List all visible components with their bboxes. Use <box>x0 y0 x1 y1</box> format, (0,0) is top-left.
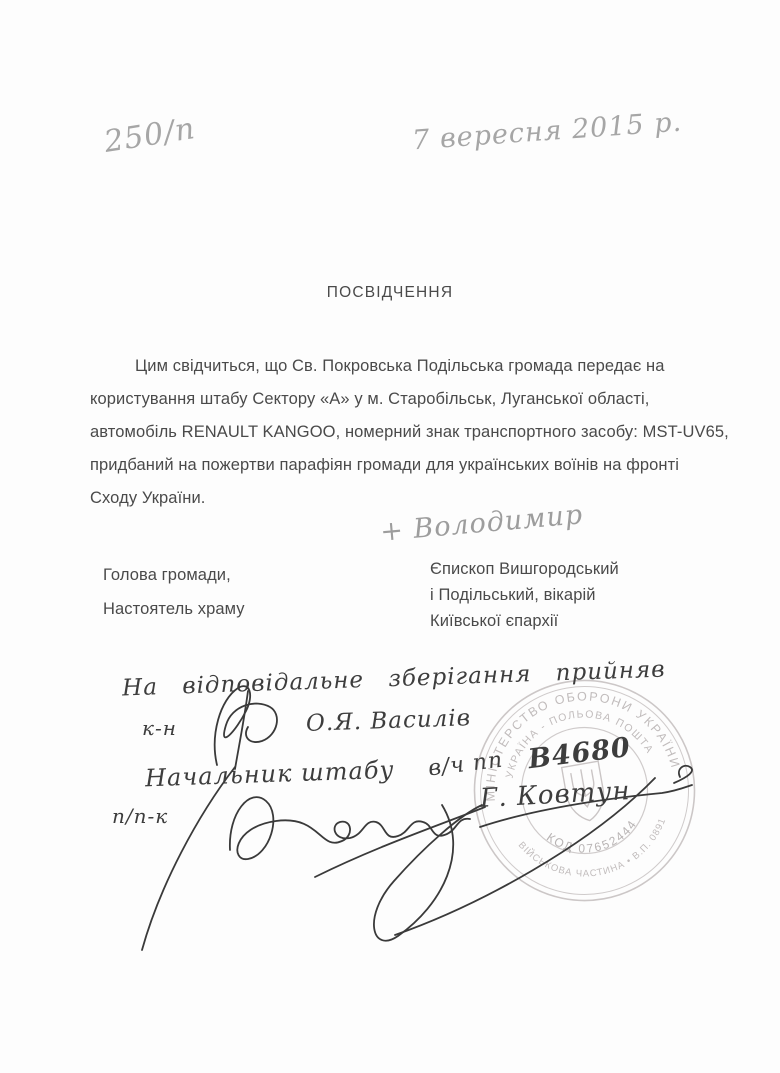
signatory-left-role: Голова громади, <box>103 566 231 585</box>
date-handwritten: 7 вересня 2015 р. <box>411 107 683 157</box>
signatory-right-role: Єпископ Вишгородський <box>430 560 619 579</box>
body-line: Цим свідчиться, що Св. Покровська Поділь… <box>90 357 665 376</box>
body-line: придбаний на пожертви парафіян громади д… <box>90 456 679 475</box>
captain-rank-handwritten: к-н <box>142 716 177 740</box>
body-line: користування штабу Сектору «А» у м. Стар… <box>90 390 649 409</box>
registration-number-handwritten: 250/п <box>102 111 198 160</box>
signatory-right-role: і Подільський, вікарій <box>430 586 596 605</box>
captain-signature-stroke <box>215 686 277 769</box>
scanned-certificate: 250/п 7 вересня 2015 р. ПОСВІДЧЕННЯ Цим … <box>0 0 780 1073</box>
signatory-left-role: Настоятель храму <box>103 600 245 619</box>
main-signature-stroke <box>142 767 485 950</box>
document-title: ПОСВІДЧЕННЯ <box>0 284 780 302</box>
ltcol-rank-handwritten: п/п-к <box>112 804 168 828</box>
bishop-signature-handwritten: + Володимир <box>379 499 584 548</box>
body-line: автомобіль RENAULT KANGOO, номерний знак… <box>90 423 729 442</box>
signatory-right-role: Київської єпархії <box>430 612 558 631</box>
signature-strokes <box>80 655 700 975</box>
body-line: Сходу України. <box>90 489 205 508</box>
